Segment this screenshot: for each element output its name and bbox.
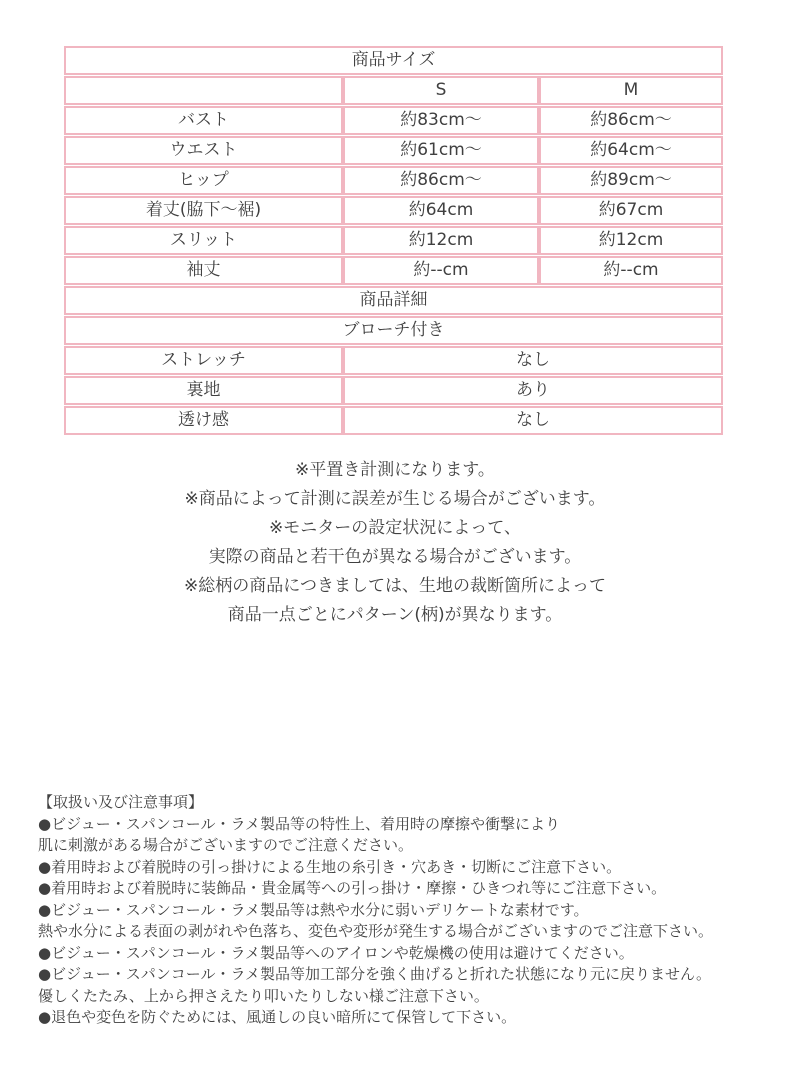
row-label: 透け感 <box>64 406 343 435</box>
size-spec-table-wrap: 商品サイズ S M バスト 約83cm〜 約86cm〜 ウエスト 約61cm〜 … <box>64 45 723 436</box>
table-row-sheerness: 透け感 なし <box>64 406 723 435</box>
note-line: ※モニターの設定状況によって、 <box>35 514 755 543</box>
handling-heading: 【取扱い及び注意事項】 <box>38 792 788 814</box>
note-line: 商品一点ごとにパターン(柄)が異なります。 <box>35 601 755 630</box>
note-line: ※平置き計測になります。 <box>35 456 755 485</box>
care-line: 熱や水分による表面の剥がれや色落ち、変色や変形が発生する場合がございますのでご注… <box>38 921 788 943</box>
care-line: ●着用時および着脱時に装飾品・貴金属等への引っ掛け・摩擦・ひきつれ等にご注意下さ… <box>38 878 788 900</box>
size-header-empty <box>64 76 343 105</box>
row-value-s: 約--cm <box>343 256 539 285</box>
row-value: なし <box>343 346 723 375</box>
row-value: なし <box>343 406 723 435</box>
care-line: ●ビジュー・スパンコール・ラメ製品等の特性上、着用時の摩擦や衝撃により <box>38 814 788 836</box>
size-spec-table: 商品サイズ S M バスト 約83cm〜 約86cm〜 ウエスト 約61cm〜 … <box>64 45 723 436</box>
table-row-sleeve: 袖丈 約--cm 約--cm <box>64 256 723 285</box>
table-row-title: 商品サイズ <box>64 46 723 75</box>
details-title: 商品詳細 <box>64 286 723 315</box>
care-line: ●ビジュー・スパンコール・ラメ製品等加工部分を強く曲げると折れた状態になり元に戻… <box>38 964 788 986</box>
note-line: ※総柄の商品につきましては、生地の裁断箇所によって <box>35 572 755 601</box>
row-value-s: 約12cm <box>343 226 539 255</box>
table-row-bust: バスト 約83cm〜 約86cm〜 <box>64 106 723 135</box>
row-value-m: 約12cm <box>539 226 723 255</box>
row-label: 着丈(脇下〜裾) <box>64 196 343 225</box>
table-row-size-headers: S M <box>64 76 723 105</box>
note-line: ※商品によって計測に誤差が生じる場合がございます。 <box>35 485 755 514</box>
row-label: 裏地 <box>64 376 343 405</box>
size-header-s: S <box>343 76 539 105</box>
care-line: ●退色や変色を防ぐためには、風通しの良い暗所にて保管して下さい。 <box>38 1007 788 1029</box>
row-value: あり <box>343 376 723 405</box>
table-row-slit: スリット 約12cm 約12cm <box>64 226 723 255</box>
row-label: スリット <box>64 226 343 255</box>
row-value-s: 約86cm〜 <box>343 166 539 195</box>
note-line: 実際の商品と若干色が異なる場合がございます。 <box>35 543 755 572</box>
row-label: ヒップ <box>64 166 343 195</box>
size-header-m: M <box>539 76 723 105</box>
table-row-hip: ヒップ 約86cm〜 約89cm〜 <box>64 166 723 195</box>
care-line: 優しくたたみ、上から押さえたり叩いたりしない様ご注意下さい。 <box>38 986 788 1008</box>
care-line: 肌に刺激がある場合がございますのでご注意ください。 <box>38 835 788 857</box>
care-line: ●ビジュー・スパンコール・ラメ製品等は熱や水分に弱いデリケートな素材です。 <box>38 900 788 922</box>
handling-precautions: 【取扱い及び注意事項】 ●ビジュー・スパンコール・ラメ製品等の特性上、着用時の摩… <box>38 792 788 1029</box>
product-spec-page: 商品サイズ S M バスト 約83cm〜 約86cm〜 ウエスト 約61cm〜 … <box>0 0 800 1067</box>
table-row-length: 着丈(脇下〜裾) 約64cm 約67cm <box>64 196 723 225</box>
measurement-notes: ※平置き計測になります。 ※商品によって計測に誤差が生じる場合がございます。 ※… <box>35 456 755 630</box>
row-value-m: 約--cm <box>539 256 723 285</box>
row-value-m: 約64cm〜 <box>539 136 723 165</box>
row-value-s: 約83cm〜 <box>343 106 539 135</box>
row-label: バスト <box>64 106 343 135</box>
details-feature: ブローチ付き <box>64 316 723 345</box>
table-row-details-feature: ブローチ付き <box>64 316 723 345</box>
row-label: ストレッチ <box>64 346 343 375</box>
row-value-s: 約61cm〜 <box>343 136 539 165</box>
row-label: ウエスト <box>64 136 343 165</box>
table-row-details-title: 商品詳細 <box>64 286 723 315</box>
row-value-m: 約89cm〜 <box>539 166 723 195</box>
row-value-m: 約67cm <box>539 196 723 225</box>
table-row-stretch: ストレッチ なし <box>64 346 723 375</box>
row-value-m: 約86cm〜 <box>539 106 723 135</box>
table-row-lining: 裏地 あり <box>64 376 723 405</box>
table-row-waist: ウエスト 約61cm〜 約64cm〜 <box>64 136 723 165</box>
care-line: ●着用時および着脱時の引っ掛けによる生地の糸引き・穴あき・切断にご注意下さい。 <box>38 857 788 879</box>
row-label: 袖丈 <box>64 256 343 285</box>
row-value-s: 約64cm <box>343 196 539 225</box>
care-line: ●ビジュー・スパンコール・ラメ製品等へのアイロンや乾燥機の使用は避けてください。 <box>38 943 788 965</box>
table-title: 商品サイズ <box>64 46 723 75</box>
